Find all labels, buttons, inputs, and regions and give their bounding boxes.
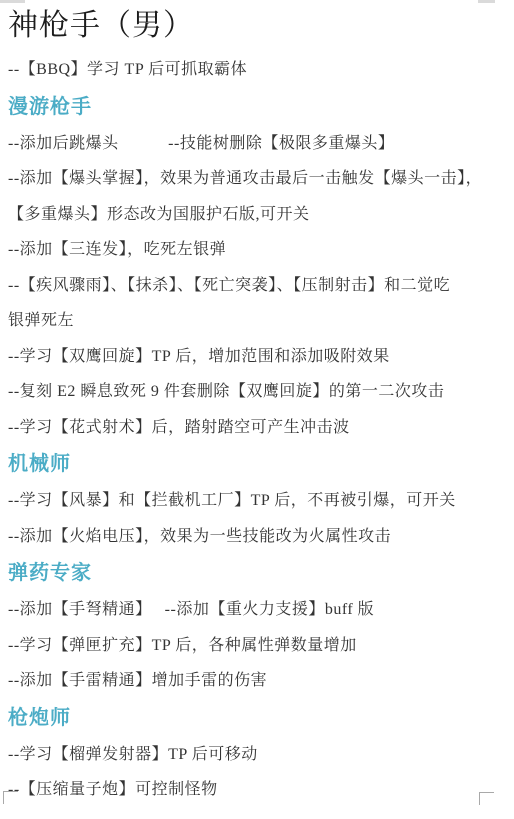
document-page: 神枪手（男） --【BBQ】学习 TP 后可抓取霸体漫游枪手--添加后跳爆头 -…: [8, 6, 508, 808]
doc-paragraph: --学习【风暴】和【拦截机工厂】TP 后，不再被引爆，可开关: [8, 483, 508, 519]
doc-paragraph: --添加【爆头掌握】，效果为普通攻击最后一击触发【爆头一击】，: [8, 161, 508, 197]
section-heading: 枪炮师: [8, 699, 508, 737]
doc-paragraph: --学习【榴弹发射器】TP 后可移动: [8, 737, 508, 773]
window-edge-fragment-left: [0, 0, 25, 3]
doc-paragraph: --学习【双鹰回旋】TP 后，增加范围和添加吸附效果: [8, 339, 508, 375]
doc-paragraph: --添加【手雷精通】增加手雷的伤害: [8, 663, 508, 699]
doc-paragraph: --【压缩量子炮】可控制怪物: [8, 772, 508, 808]
doc-paragraph: --学习【弹匣扩充】TP 后，各种属性弹数量增加: [8, 628, 508, 664]
doc-paragraph: --学习【花式射术】后，踏射踏空可产生冲击波: [8, 410, 508, 446]
document-title: 神枪手（男）: [8, 6, 508, 46]
window-edge-fragment-right: [478, 0, 495, 3]
doc-paragraph: --【疾风骤雨】、【抹杀】、【死亡突袭】、【压制射击】和二觉吃: [8, 268, 508, 304]
document-body: --【BBQ】学习 TP 后可抓取霸体漫游枪手--添加后跳爆头 --技能树删除【…: [8, 52, 508, 808]
section-heading: 漫游枪手: [8, 88, 508, 126]
doc-paragraph: --添加后跳爆头 --技能树删除【极限多重爆头】: [8, 126, 508, 162]
section-heading: 机械师: [8, 445, 508, 483]
section-heading: 弹药专家: [8, 554, 508, 592]
doc-paragraph: --添加【火焰电压】，效果为一些技能改为火属性攻击: [8, 519, 508, 555]
text-boundary-corner-mark-left: [3, 791, 18, 804]
doc-paragraph: 【多重爆头】形态改为国服护石版,可开关: [8, 197, 508, 233]
doc-paragraph: 银弹死左: [8, 303, 508, 339]
doc-paragraph: --复刻 E2 瞬息致死 9 件套删除【双鹰回旋】的第一二次攻击: [8, 374, 508, 410]
doc-paragraph: --添加【三连发】，吃死左银弹: [8, 232, 508, 268]
doc-paragraph: --【BBQ】学习 TP 后可抓取霸体: [8, 52, 508, 88]
text-boundary-corner-mark-right: [479, 792, 494, 805]
doc-paragraph: --添加【手弩精通】 --添加【重火力支援】buff 版: [8, 592, 508, 628]
